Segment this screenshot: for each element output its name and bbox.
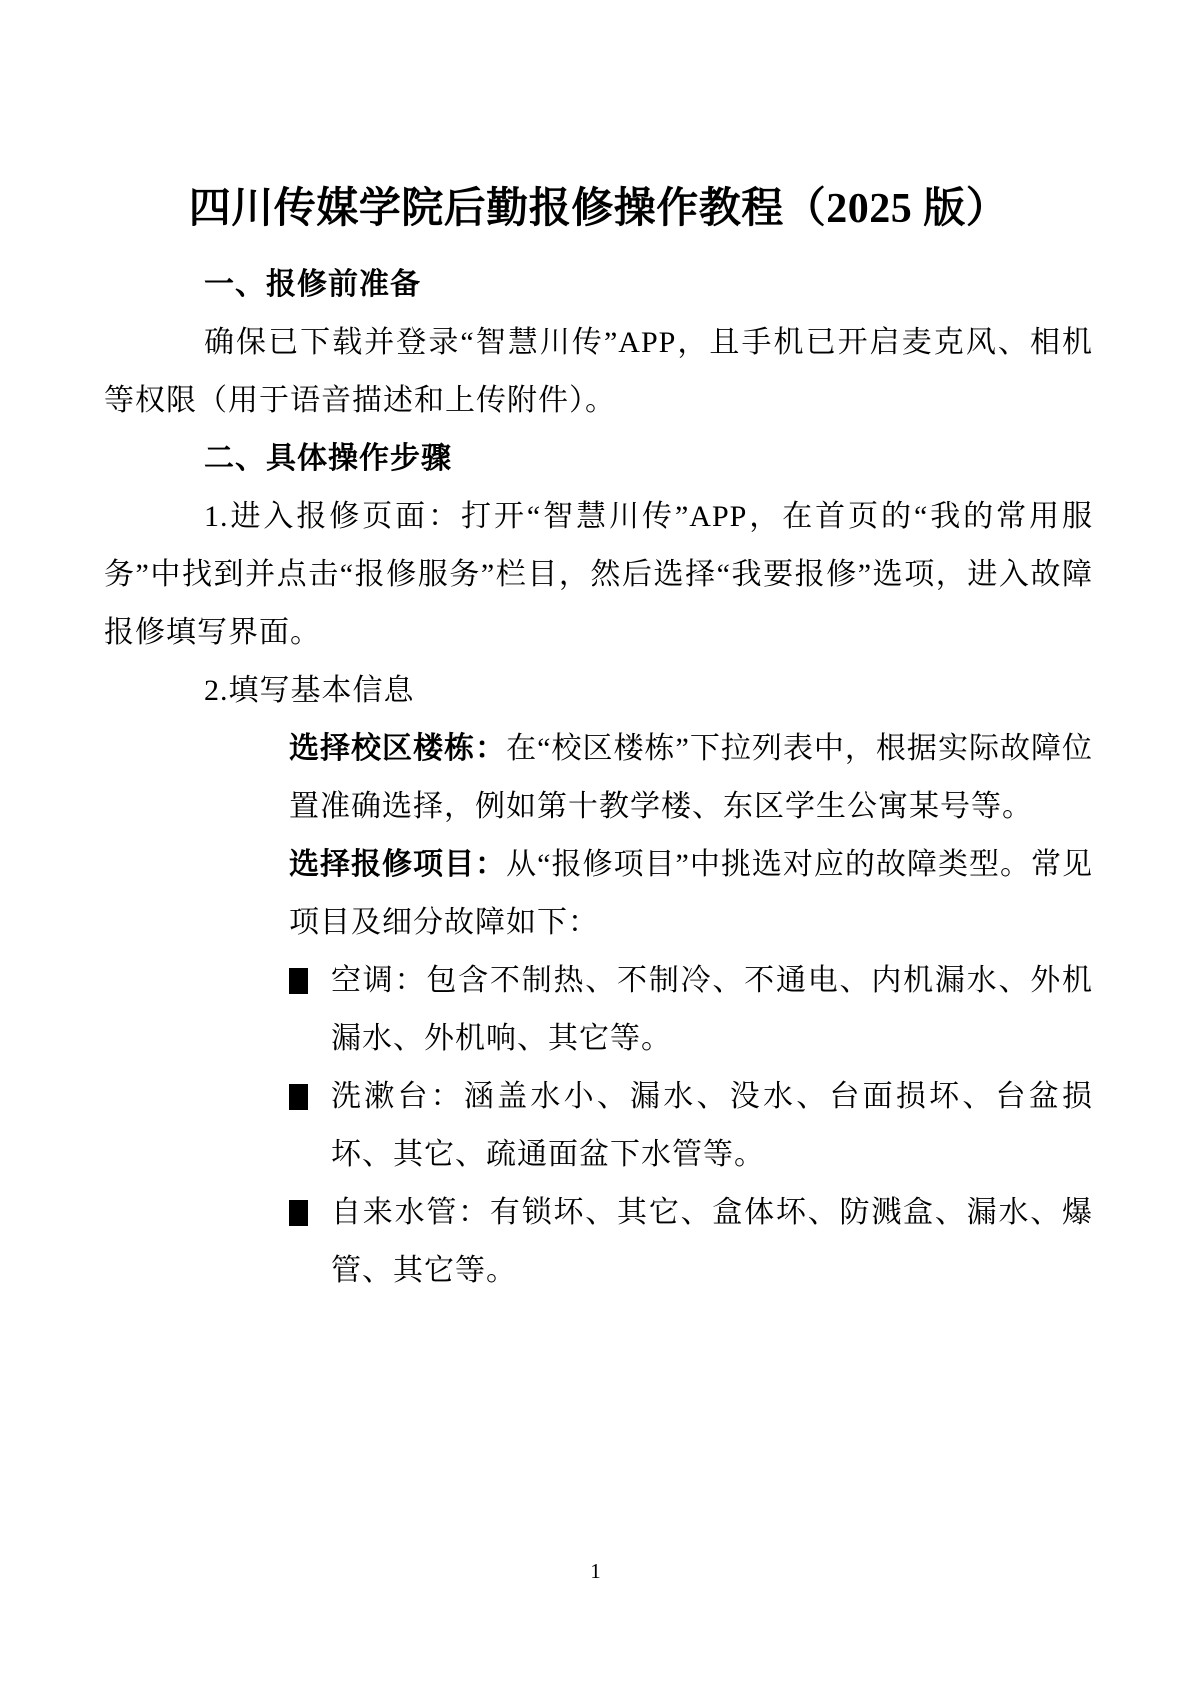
bullet-item-washstand: 洗漱台：涵盖水小、漏水、没水、台面损坏、台盆损坏、其它、疏通面盆下水管等。 (289, 1068, 1093, 1184)
paragraph-preparation-body: 确保已下载并登录“智慧川传”APP，且手机已开启麦克风、相机等权限（用于语音描述… (104, 314, 1093, 430)
sub-item-campus-building-lead: 选择校区楼栋： (289, 732, 506, 765)
bullet-washstand-label: 洗漱台： (331, 1080, 464, 1113)
bullet-square-icon (289, 968, 308, 994)
bullet-air-conditioner-label: 空调： (331, 964, 426, 997)
document-title: 四川传媒学院后勤报修操作教程（2025 版） (104, 184, 1093, 234)
section-heading-steps: 二、具体操作步骤 (104, 430, 1093, 488)
page-number: 1 (0, 1556, 1191, 1586)
paragraph-step1-enter-repair-page: 1.进入报修页面：打开“智慧川传”APP，在首页的“我的常用服务”中找到并点击“… (104, 488, 1093, 662)
section-heading-preparation: 一、报修前准备 (104, 256, 1093, 314)
bullet-item-water-pipe: 自来水管：有锁坏、其它、盒体坏、防溅盒、漏水、爆管、其它等。 (289, 1184, 1093, 1300)
bullet-square-icon (289, 1200, 308, 1226)
sub-item-repair-project-lead: 选择报修项目： (289, 848, 506, 881)
document-content: 四川传媒学院后勤报修操作教程（2025 版） 一、报修前准备 确保已下载并登录“… (0, 184, 1191, 1300)
bullet-air-conditioner-text: 包含不制热、不制冷、不通电、内机漏水、外机漏水、外机响、其它等。 (331, 964, 1093, 1055)
sub-item-repair-project: 选择报修项目：从“报修项目”中挑选对应的故障类型。常见项目及细分故障如下： (289, 836, 1093, 952)
bullet-item-air-conditioner: 空调：包含不制热、不制冷、不通电、内机漏水、外机漏水、外机响、其它等。 (289, 952, 1093, 1068)
bullet-square-icon (289, 1084, 308, 1110)
sub-item-campus-building: 选择校区楼栋：在“校区楼栋”下拉列表中，根据实际故障位置准确选择，例如第十教学楼… (289, 720, 1093, 836)
bullet-water-pipe-label: 自来水管： (331, 1196, 490, 1229)
paragraph-step2-fill-basic-info: 2.填写基本信息 (104, 662, 1093, 720)
document-page: 四川传媒学院后勤报修操作教程（2025 版） 一、报修前准备 确保已下载并登录“… (0, 0, 1191, 1684)
